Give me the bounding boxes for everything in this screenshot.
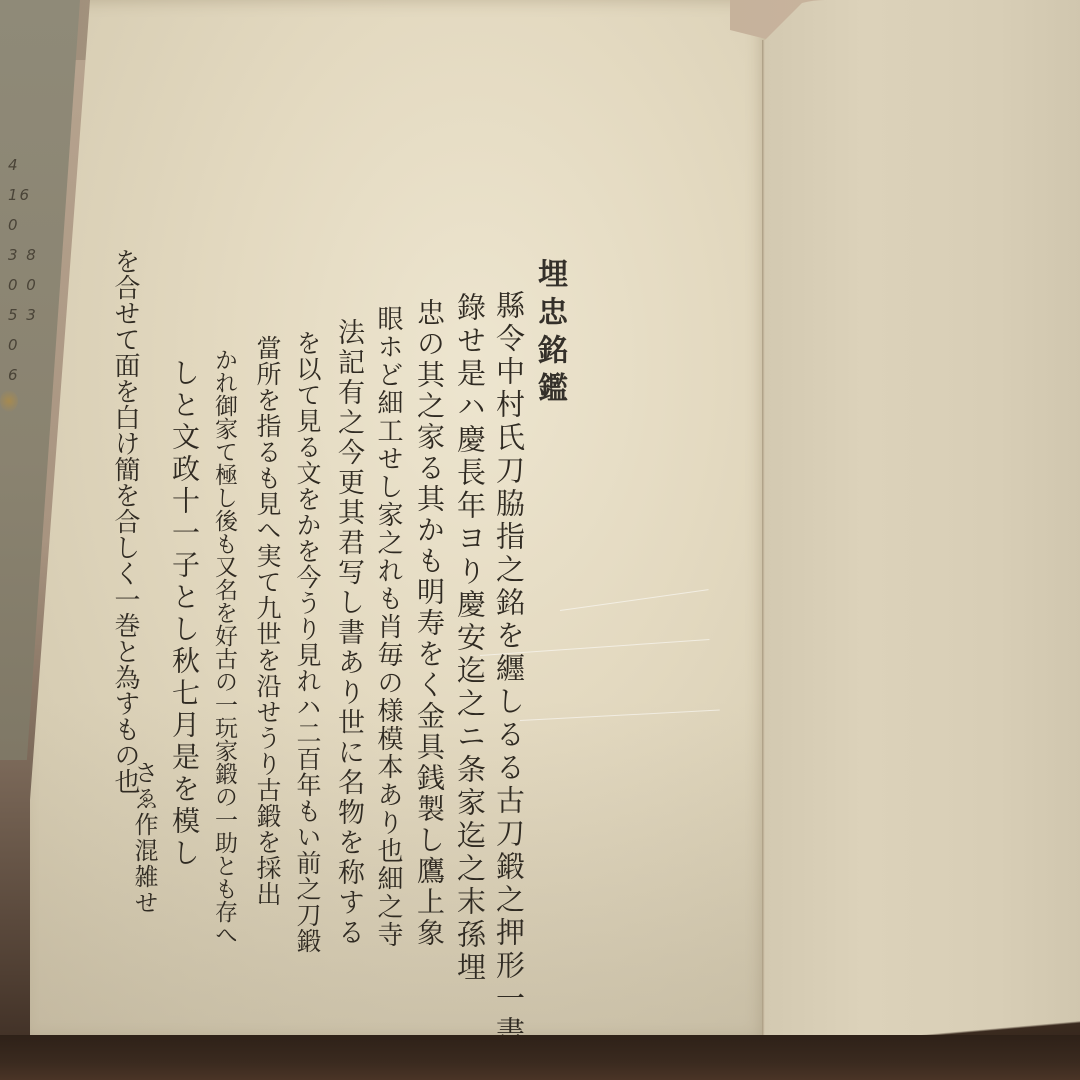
table-background-bottom [0, 1035, 1080, 1080]
book-photo-scene: 4 16 0 3 8 0 0 5 3 0 6 埋忠銘鑑 縣令中村氏刀脇指之銘を纒… [0, 0, 1080, 1080]
pencil-number: 6 [8, 360, 58, 390]
text-column-7: 當所を指るも見へ実て九世を沿せうり古鍛を採出 [255, 335, 280, 907]
pencil-number: 16 [8, 180, 58, 210]
pencil-number: 0 [8, 330, 58, 360]
text-column-2: 錄せ是ハ慶長年ヨり慶安迄之ニ条家迄之末孫埋 [455, 292, 484, 985]
text-column-10: を合せて面を白け簡を合しく一巻と為すもの也 [112, 248, 138, 794]
text-column-9: しと文政十一子とし秋七月是を模し [170, 358, 198, 870]
text-column-4: 眼ホど細工せし家之れも肖毎の様模本あり也細之寺 [375, 305, 401, 949]
pencil-number: 0 0 [8, 270, 58, 300]
pencil-number: 5 3 [8, 300, 58, 330]
page-title: 埋忠銘鑑 [534, 258, 564, 410]
pencil-number: 0 [8, 210, 58, 240]
book-gutter [762, 40, 765, 1035]
right-page-blank [765, 0, 1080, 1080]
paper-stain [0, 390, 18, 412]
text-column-6: を以て見る文をかを今うり見れハ二百年もい前之刀鍛 [295, 330, 320, 954]
pencil-number-notes: 4 16 0 3 8 0 0 5 3 0 6 [8, 150, 58, 390]
text-column-3: 忠の其之家る其かも明寿をく金具銭製し鷹上象 [415, 298, 443, 949]
text-column-1: 縣令中村氏刀脇指之銘を纒しるる古刀鍛之押形一書を [494, 290, 523, 1080]
pencil-number: 4 [8, 150, 58, 180]
pencil-number: 3 8 [8, 240, 58, 270]
text-column-5: 法記有之今更其君写し書あり世に名物を称する [335, 318, 362, 948]
text-column-8: かれ御家て極し後も又名を好古の一玩家鍛の一助とも存へ [212, 348, 235, 946]
